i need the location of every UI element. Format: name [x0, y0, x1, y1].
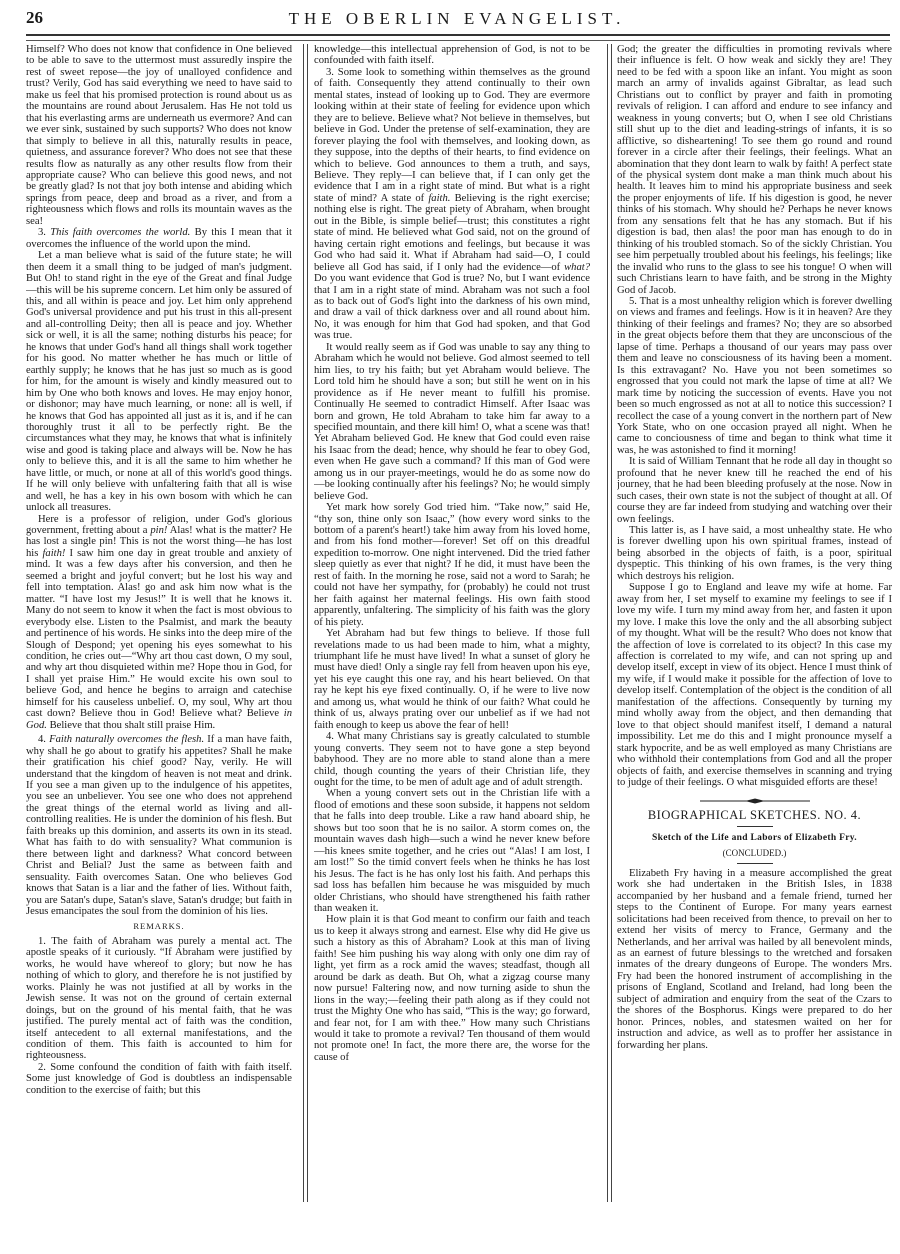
masthead: 26 THE OBERLIN EVANGELIST. — [26, 8, 888, 34]
article-subtitle: Sketch of the Life and Labors of Elizabe… — [617, 833, 892, 844]
paragraph: 4. Faith naturally overcomes the flesh. … — [26, 734, 292, 917]
paragraph: It is said of William Tennant that he ro… — [617, 456, 892, 525]
paragraph: It would really seem as if God was unabl… — [314, 342, 590, 502]
paragraph-text: I saw him one day in great trouble and a… — [26, 548, 292, 719]
section-ornament-rule — [700, 798, 810, 804]
paragraph: God; the greater the difficulties in pro… — [617, 44, 892, 296]
paragraph: 3. Some look to something within themsel… — [314, 67, 590, 342]
article-note: (CONCLUDED.) — [617, 848, 892, 859]
paragraph: Let a man believe what is said of the fu… — [26, 250, 292, 513]
paragraph-text: If a man have faith, why shall he go abo… — [26, 734, 292, 917]
section-heading: Faith naturally overcomes the flesh. — [49, 734, 204, 745]
paragraph: Here is a professor of religion, under G… — [26, 514, 292, 732]
paragraph: This latter is, as I have said, a most u… — [617, 525, 892, 582]
paragraph: 1. The faith of Abraham was purely a men… — [26, 936, 292, 1062]
paragraph-text: Believe that thou shalt still praise Him… — [50, 720, 216, 731]
column-1: Himself? Who does not know that confiden… — [26, 44, 292, 1242]
paragraph: 4. What many Christians say is greatly c… — [314, 731, 590, 788]
remarks-heading: REMARKS. — [26, 921, 292, 932]
paragraph: 3. This faith overcomes the world. By th… — [26, 227, 292, 250]
paragraph: 2. Some confound the condition of faith … — [26, 1062, 292, 1096]
paragraph: Elizabeth Fry having in a measure accomp… — [617, 868, 892, 1051]
paragraph: How plain it is that God meant to confir… — [314, 914, 590, 1063]
paragraph: Yet Abraham had but few things to believ… — [314, 628, 590, 731]
short-rule — [737, 826, 773, 827]
page-body: Himself? Who does not know that confiden… — [24, 44, 892, 1242]
emphasis: faith! — [42, 548, 65, 559]
paragraph: Yet mark how sorely God tried him. “Take… — [314, 502, 590, 628]
paragraph-text: Believing is the right exercise; nothing… — [314, 193, 590, 273]
column-3: God; the greater the difficulties in pro… — [617, 44, 892, 1242]
column-divider — [607, 44, 612, 1202]
column-divider — [303, 44, 308, 1202]
section-title: BIOGRAPHICAL SKETCHES. NO. 4. — [617, 810, 892, 821]
paragraph-text: 3. Some look to something within themsel… — [314, 67, 590, 204]
emphasis: what? — [564, 262, 590, 273]
masthead-rule — [26, 34, 890, 41]
paragraph: When a young convert sets out in the Chr… — [314, 788, 590, 914]
paragraph: 5. That is a most unhealthy religion whi… — [617, 296, 892, 456]
emphasis: pin! — [150, 525, 167, 536]
paragraph: Suppose I go to England and leave my wif… — [617, 582, 892, 788]
section-heading: This faith overcomes the world. — [50, 227, 190, 238]
section-number: 3. — [38, 227, 46, 238]
paragraph-text: Do you want evidence that God is true? N… — [314, 273, 590, 341]
short-rule — [737, 863, 773, 864]
column-2: knowledge—this intellectual apprehension… — [314, 44, 590, 1242]
paragraph: Himself? Who does not know that confiden… — [26, 44, 292, 227]
paragraph: knowledge—this intellectual apprehension… — [314, 44, 590, 67]
emphasis: faith. — [428, 193, 450, 204]
section-number: 4. — [38, 734, 46, 745]
newspaper-title: THE OBERLIN EVANGELIST. — [26, 9, 888, 29]
